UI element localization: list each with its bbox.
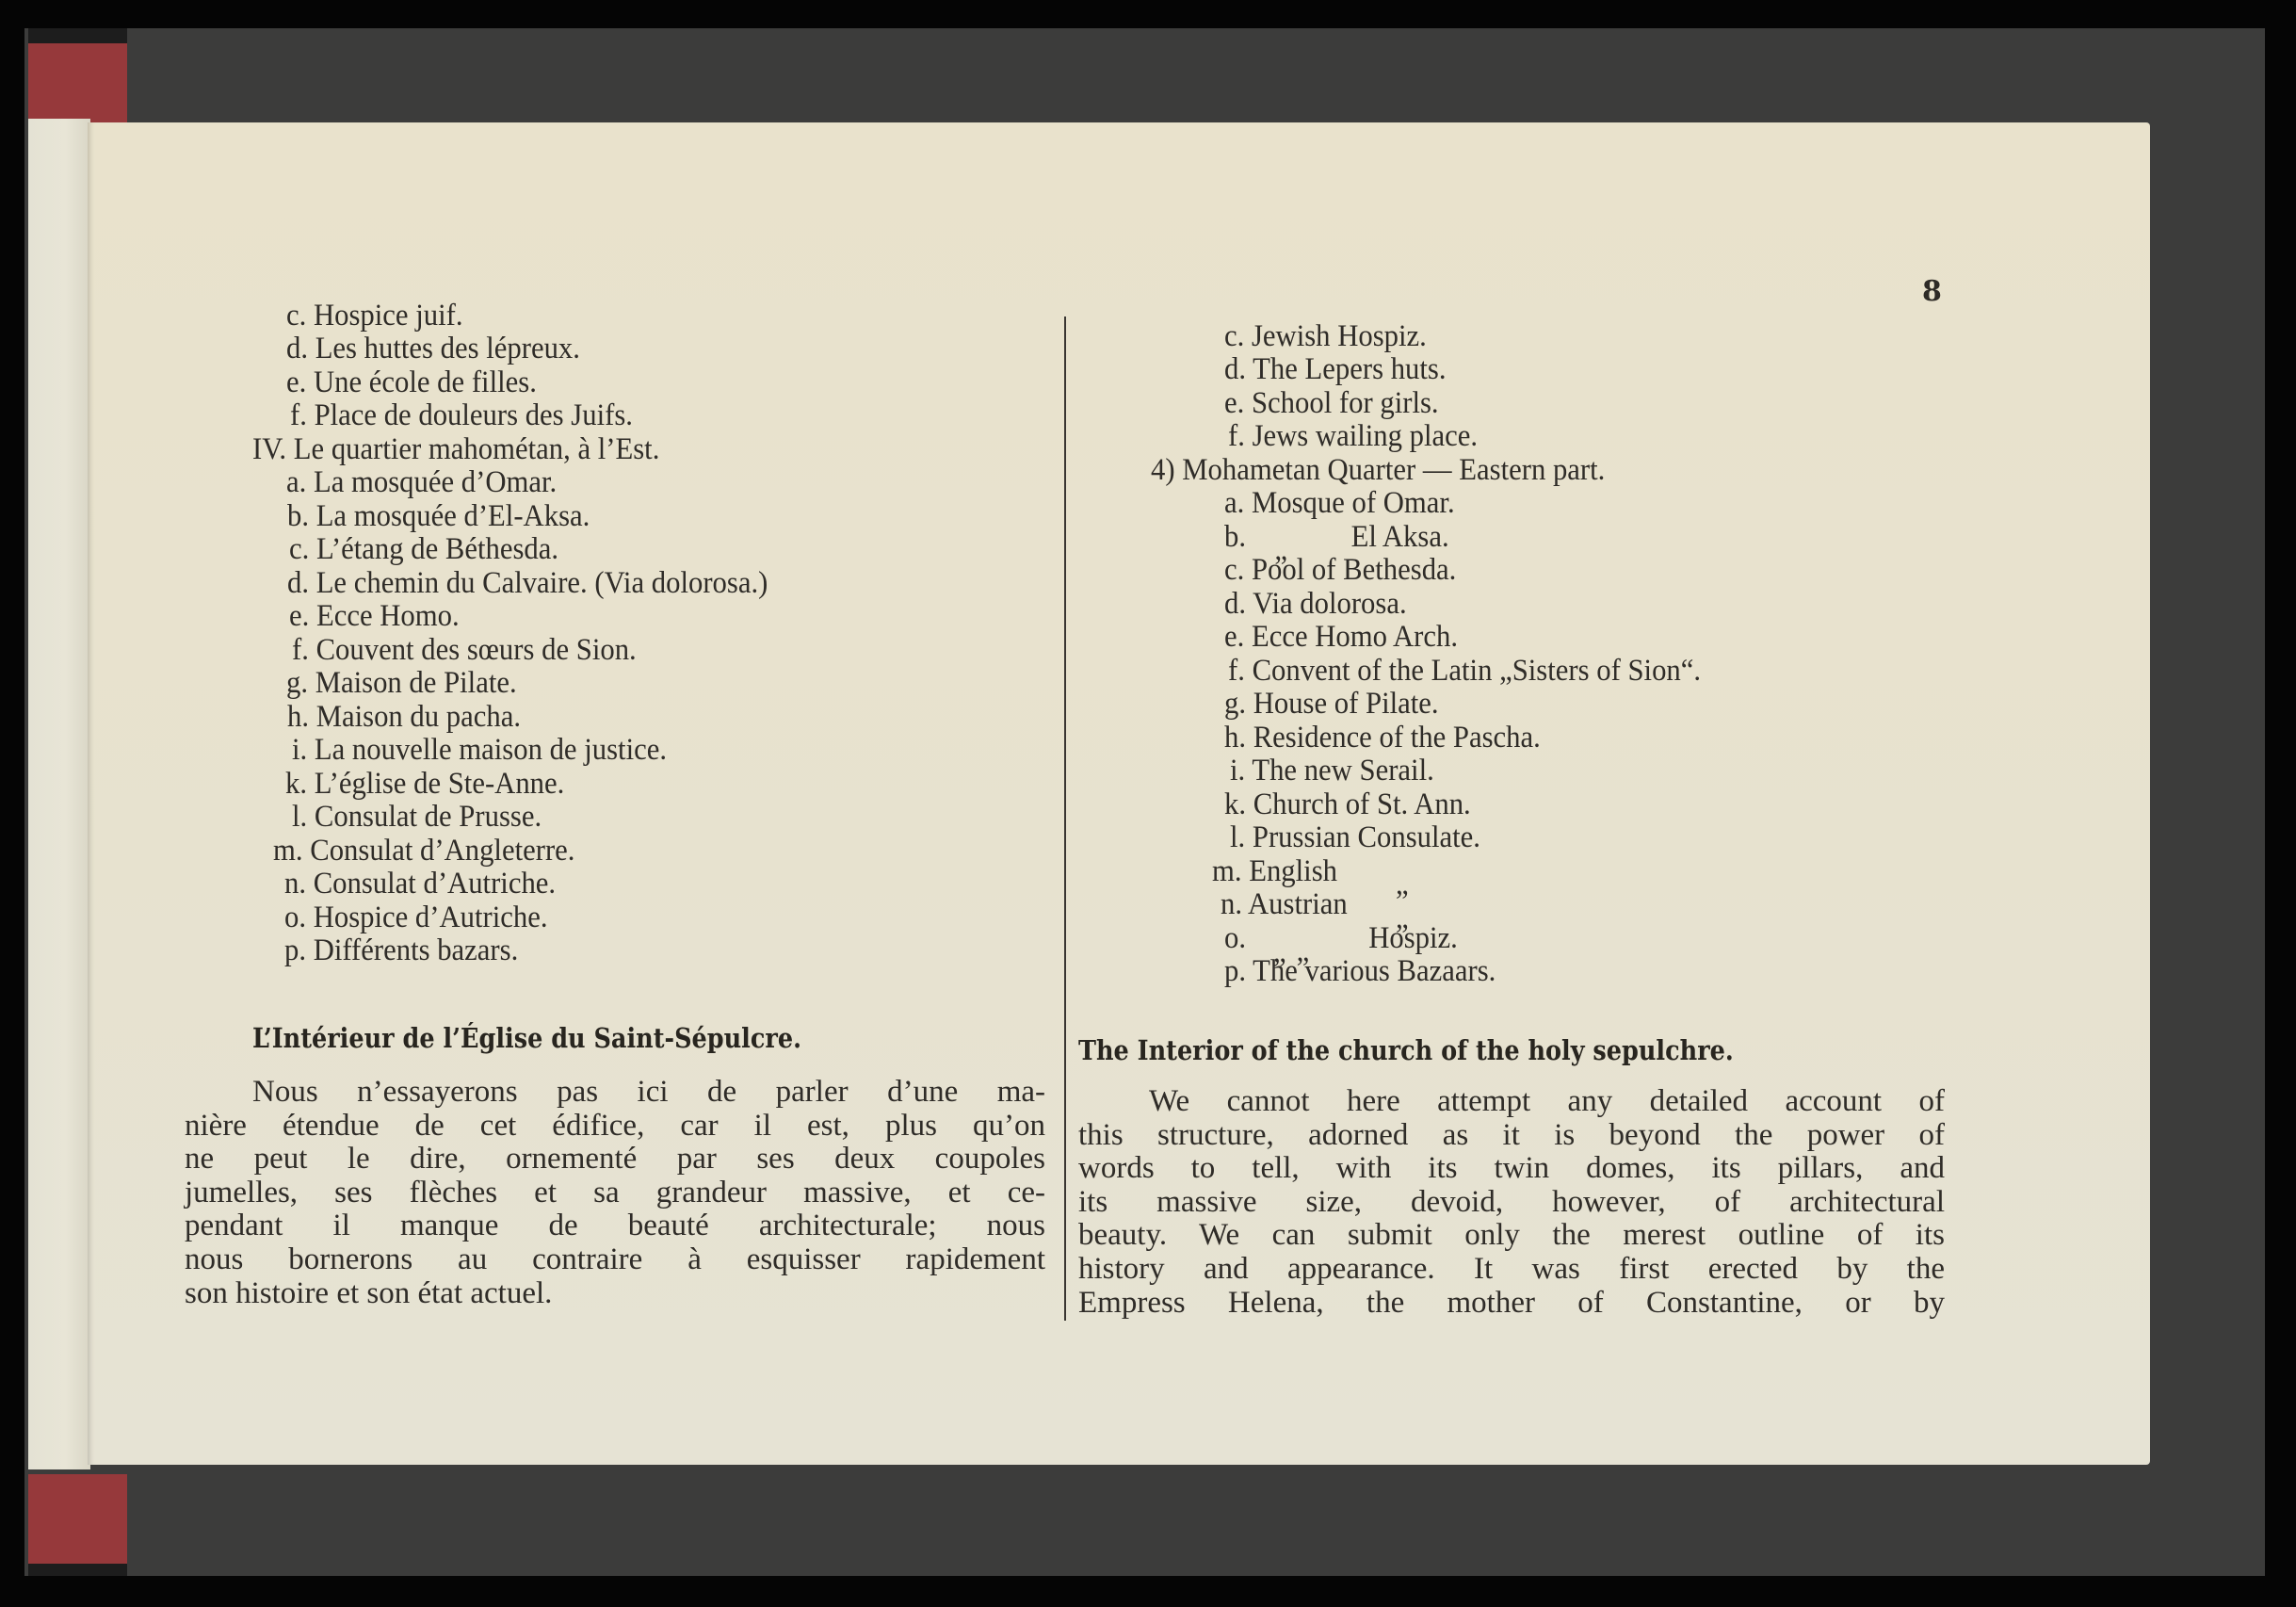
page-number: 8: [1922, 275, 1942, 308]
item-label: f.: [290, 398, 307, 432]
item-text: La mosquée d’El-Aksa.: [316, 499, 590, 533]
item-label: n.: [1221, 887, 1242, 921]
item-label: i.: [1230, 754, 1245, 787]
paragraph-line: beauty. We can submit only the merest ou…: [1078, 1219, 1945, 1253]
list-item: a. La mosquée d’Omar.: [286, 466, 557, 499]
list-item: g. House of Pilate.: [1224, 688, 1439, 721]
item-label: a.: [286, 465, 306, 499]
item-text: Hospice d’Autriche.: [314, 901, 548, 934]
spine-red-cloth-bottom: [28, 1474, 127, 1564]
item-label: a.: [1224, 486, 1244, 520]
item-label: p.: [1224, 954, 1246, 988]
spine-red-cloth-top: [28, 43, 127, 122]
paragraph-line: pendant il manque de beauté architectura…: [185, 1209, 1045, 1243]
list-item: h. Maison du pacha.: [287, 701, 521, 734]
item-label: IV.: [252, 432, 286, 466]
item-label: c.: [1224, 553, 1244, 587]
item-text: Residence of the Pascha.: [1253, 721, 1541, 755]
item-text: L’étang de Béthesda.: [316, 532, 558, 566]
list-item: p. The various Bazaars.: [1224, 955, 1496, 988]
item-text: Place de douleurs des Juifs.: [315, 398, 633, 432]
paragraph-line: words to tell, with its twin domes, its …: [1078, 1152, 1945, 1186]
list-item: n. Austrian: [1221, 888, 1348, 921]
item-label: d.: [1224, 352, 1246, 386]
list-item: l. Prussian Consulate.: [1230, 821, 1480, 854]
item-text: Consulat d’Angleterre.: [310, 834, 574, 868]
list-item: e. Ecce Homo Arch.: [1224, 621, 1458, 654]
list-item: f. Place de douleurs des Juifs.: [290, 399, 633, 432]
paragraph-line: jumelles, ses flèches et sa grandeur mas…: [185, 1177, 1045, 1210]
item-text: The new Serail.: [1252, 754, 1433, 787]
paragraph-line: this structure, adorned as it is beyond …: [1078, 1119, 1945, 1153]
item-label: o.: [284, 901, 306, 934]
item-text: English: [1249, 854, 1337, 888]
ditto-mark: „: [1273, 936, 1286, 969]
item-label: h.: [1224, 721, 1246, 755]
paragraph-line: We cannot here attempt any detailed acco…: [1078, 1085, 1945, 1119]
item-text: School for girls.: [1252, 386, 1439, 420]
list-item: k. L’église de Ste-Anne.: [285, 768, 564, 801]
item-text: Hospice juif.: [314, 299, 463, 333]
item-text: Le chemin du Calvaire. (Via dolorosa.): [316, 566, 768, 600]
item-label: m.: [273, 834, 303, 868]
english-paragraph: We cannot here attempt any detailed acco…: [1078, 1085, 1945, 1320]
item-label: h.: [287, 700, 309, 734]
list-item: f. Couvent des sœurs de Sion.: [292, 634, 637, 667]
item-text: L’église de Ste-Anne.: [315, 767, 565, 801]
paragraph-line: ne peut le dire, ornementé par ses deux …: [185, 1143, 1045, 1177]
list-item: k. Church of St. Ann.: [1224, 788, 1471, 821]
list-item: l. Consulat de Prusse.: [292, 801, 542, 834]
item-label: b.: [1224, 520, 1246, 554]
list-item: c. L’étang de Béthesda.: [289, 533, 558, 566]
item-text: Le quartier mahométan, à l’Est.: [294, 432, 660, 466]
list-item: b. La mosquée d’El-Aksa.: [287, 500, 590, 533]
section-heading: IV. Le quartier mahométan, à l’Est.: [252, 433, 659, 466]
list-item: d. The Lepers huts.: [1224, 353, 1447, 386]
french-paragraph: Nous n’essayerons pas ici de parler d’un…: [185, 1076, 1045, 1310]
item-label: e.: [286, 365, 306, 399]
item-text: The various Bazaars.: [1253, 954, 1496, 988]
item-text: Maison de Pilate.: [315, 666, 517, 700]
list-item: f. Convent of the Latin „Sisters of Sion…: [1228, 655, 1701, 688]
list-item: d. Le chemin du Calvaire. (Via dolorosa.…: [287, 567, 768, 600]
item-text: Maison du pacha.: [316, 700, 521, 734]
item-text: Austrian: [1248, 887, 1348, 921]
item-label: g.: [286, 666, 308, 700]
item-label: n.: [284, 867, 306, 901]
item-label: e.: [289, 599, 309, 633]
list-item: e. Ecce Homo.: [289, 600, 460, 633]
item-text: Différents bazars.: [314, 933, 519, 967]
item-text: Via dolorosa.: [1253, 587, 1407, 621]
item-text: Mohametan Quarter — Eastern part.: [1182, 453, 1605, 487]
list-item: o.„Hospiz.: [1224, 922, 1458, 955]
item-text: Les huttes des lépreux.: [315, 332, 580, 365]
item-label: d.: [286, 332, 308, 365]
paragraph-line: nière étendue de cet édifice, car il est…: [185, 1110, 1045, 1144]
item-label: i.: [292, 733, 307, 767]
french-section-title: L’Intérieur de l’Église du Saint-Sépulcr…: [252, 1022, 801, 1054]
item-text: Jews wailing place.: [1253, 419, 1478, 453]
item-text: Convent of the Latin „Sisters of Sion“.: [1253, 654, 1701, 688]
item-text: Consulat d’Autriche.: [314, 867, 556, 901]
item-text: Jewish Hospiz.: [1252, 319, 1427, 353]
list-item: n. Consulat d’Autriche.: [284, 868, 556, 901]
paragraph-line: history and appearance. It was first ere…: [1078, 1253, 1945, 1287]
list-item: a. Mosque of Omar.: [1224, 487, 1455, 520]
list-item: f. Jews wailing place.: [1228, 420, 1478, 453]
list-item: m. Consulat d’Angleterre.: [273, 835, 574, 868]
item-label: l.: [1230, 820, 1245, 854]
item-text: Hospiz.: [1360, 921, 1458, 955]
item-text: Ecce Homo Arch.: [1252, 620, 1458, 654]
list-item: o. Hospice d’Autriche.: [284, 901, 548, 934]
item-label: f.: [1228, 654, 1245, 688]
item-text: Ecce Homo.: [316, 599, 460, 633]
page-edge-left: [28, 119, 90, 1469]
item-text: Mosque of Omar.: [1252, 486, 1455, 520]
item-label: c.: [286, 299, 306, 333]
paragraph-line: its massive size, devoid, however, of ar…: [1078, 1186, 1945, 1220]
paragraph-line: son histoire et son état actuel.: [185, 1277, 1045, 1311]
list-item: c. Jewish Hospiz.: [1224, 320, 1427, 353]
paragraph-line: nous bornerons au contraire à esquisser …: [185, 1243, 1045, 1277]
item-text: The Lepers huts.: [1253, 352, 1446, 386]
item-text: Couvent des sœurs de Sion.: [316, 633, 637, 667]
list-item: h. Residence of the Pascha.: [1224, 722, 1541, 755]
item-label: k.: [285, 767, 307, 801]
item-label: b.: [287, 499, 309, 533]
item-text: Une école de filles.: [314, 365, 537, 399]
item-label: f.: [1228, 419, 1245, 453]
item-label: p.: [284, 933, 306, 967]
column-divider: [1064, 317, 1066, 1321]
ditto-mark: „: [1396, 868, 1409, 901]
list-item: m. English: [1212, 855, 1337, 888]
list-item: i. La nouvelle maison de justice.: [292, 734, 667, 767]
list-item: e. Une école de filles.: [286, 366, 537, 399]
item-text: La mosquée d’Omar.: [314, 465, 557, 499]
list-item: d. Les huttes des lépreux.: [286, 333, 580, 365]
list-item: e. School for girls.: [1224, 387, 1439, 420]
english-section-title: The Interior of the church of the holy s…: [1078, 1034, 1734, 1066]
item-label: c.: [1224, 319, 1244, 353]
item-label: e.: [1224, 386, 1244, 420]
item-label: f.: [292, 633, 309, 667]
list-item: c. Pool of Bethesda.: [1224, 554, 1456, 587]
item-label: k.: [1224, 787, 1246, 821]
item-label: m.: [1212, 854, 1242, 888]
item-label: d.: [1224, 587, 1246, 621]
item-text: House of Pilate.: [1253, 687, 1439, 721]
item-text: La nouvelle maison de justice.: [315, 733, 667, 767]
section-heading: 4) Mohametan Quarter — Eastern part.: [1151, 454, 1605, 487]
item-label: 4): [1151, 453, 1175, 487]
item-text: El Aksa.: [1316, 520, 1448, 554]
paragraph-line: Nous n’essayerons pas ici de parler d’un…: [185, 1076, 1045, 1110]
item-text: Prussian Consulate.: [1253, 820, 1480, 854]
spine-headband-top: [28, 28, 127, 43]
item-label: o.: [1224, 921, 1246, 955]
item-label: g.: [1224, 687, 1246, 721]
item-label: l.: [292, 800, 307, 834]
item-label: c.: [289, 532, 309, 566]
list-item: d. Via dolorosa.: [1224, 588, 1407, 621]
list-item: p. Différents bazars.: [284, 934, 518, 967]
item-text: Consulat de Prusse.: [315, 800, 542, 834]
item-text: Church of St. Ann.: [1253, 787, 1471, 821]
item-label: e.: [1224, 620, 1244, 654]
list-item: i. The new Serail.: [1230, 755, 1434, 787]
item-text: Pool of Bethesda.: [1252, 553, 1456, 587]
list-item: c. Hospice juif.: [286, 300, 463, 333]
paragraph-line: Empress Helena, the mother of Constantin…: [1078, 1287, 1945, 1321]
item-label: d.: [287, 566, 309, 600]
list-item: b.„El Aksa.: [1224, 521, 1449, 554]
list-item: g. Maison de Pilate.: [286, 667, 517, 700]
spine-headband-bottom: [28, 1564, 127, 1576]
